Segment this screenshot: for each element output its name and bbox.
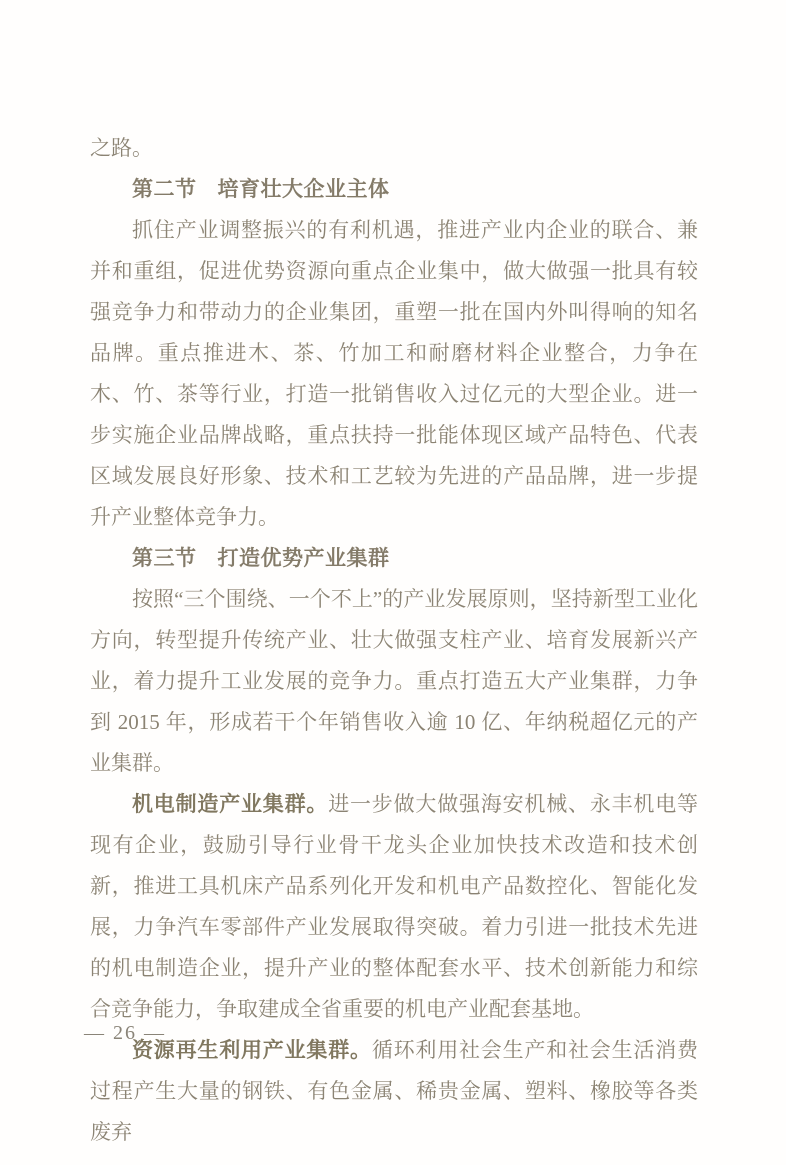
document-page: 之路。 第二节培育壮大企业主体 抓住产业调整振兴的有利机遇，推进产业内企业的联合… [0,0,786,1165]
page-number: — 26 — [84,1022,166,1045]
section-2-heading: 第二节培育壮大企业主体 [90,169,698,210]
cluster-lead-jidian: 机电制造产业集群。 [132,792,328,816]
cluster-paragraph-jidian: 机电制造产业集群。进一步做大做强海安机械、永丰机电等现有企业，鼓励引导行业骨干龙… [90,784,698,1030]
document-body: 之路。 第二节培育壮大企业主体 抓住产业调整振兴的有利机遇，推进产业内企业的联合… [90,128,698,1153]
cluster-lead-ziyuan: 资源再生利用产业集群。 [132,1038,372,1062]
section-3-heading: 第三节打造优势产业集群 [90,538,698,579]
section-3-number: 第三节 [132,546,197,570]
section-2-number: 第二节 [132,177,197,201]
cluster-body-jidian: 进一步做大做强海安机械、永丰机电等现有企业，鼓励引导行业骨干龙头企业加快技术改造… [90,792,698,1021]
section-2-paragraph: 抓住产业调整振兴的有利机遇，推进产业内企业的联合、兼并和重组，促进优势资源向重点… [90,210,698,538]
paragraph-continuation: 之路。 [90,128,698,169]
cluster-paragraph-ziyuan: 资源再生利用产业集群。循环利用社会生产和社会生活消费过程产生大量的钢铁、有色金属… [90,1030,698,1153]
section-3-title: 打造优势产业集群 [218,546,390,570]
section-3-paragraph: 按照“三个围绕、一个不上”的产业发展原则，坚持新型工业化方向，转型提升传统产业、… [90,579,698,784]
section-2-title: 培育壮大企业主体 [218,177,390,201]
